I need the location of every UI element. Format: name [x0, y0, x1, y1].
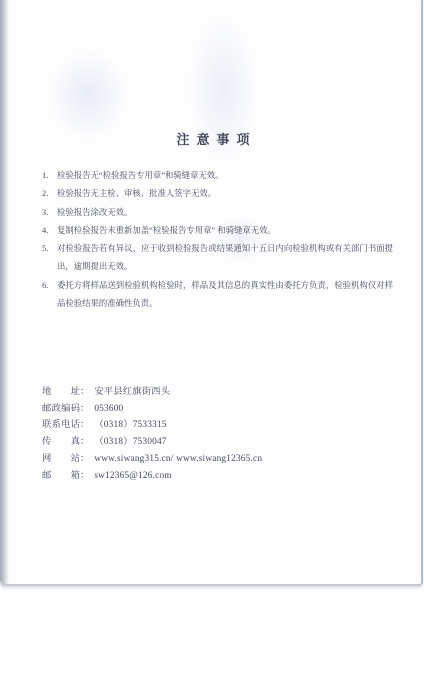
notice-item-text: 检验报告无“检验报告专用章”和骑缝章无效。	[57, 167, 393, 185]
contact-value-website: www.siwang315.cn/ www.siwang12365.cn	[94, 451, 262, 468]
notice-item: 4. 复制检验报告未重新加盖“检验报告专用章” 和骑缝章无效。	[42, 222, 393, 240]
scan-smudge	[48, 50, 128, 140]
contact-colon: ：	[80, 451, 89, 468]
contact-colon: ：	[80, 468, 89, 485]
contact-label: 传真	[42, 434, 80, 451]
contact-label: 联系电话	[42, 417, 80, 434]
page-title: 注意事项	[0, 129, 421, 148]
notice-list: 1. 检验报告无“检验报告专用章”和骑缝章无效。 2. 检验报告无主检、审核、批…	[42, 167, 393, 313]
contact-row-fax: 传真：（0318）7530047	[42, 434, 262, 451]
contact-colon: ：	[80, 384, 89, 401]
contact-value-address: 安平县红旗街西头	[94, 384, 170, 401]
notice-item-text: 复制检验报告未重新加盖“检验报告专用章” 和骑缝章无效。	[57, 222, 393, 240]
notice-item: 6. 委托方将样品送到检验机构检验时，样品及其信息的真实性由委托方负责，检验机构…	[42, 277, 393, 314]
contact-label: 邮箱	[42, 468, 80, 485]
contact-value-postcode: 053600	[94, 401, 123, 418]
notice-item-number: 5.	[42, 240, 57, 277]
contact-row-email: 邮箱：sw12365@126.com	[42, 468, 262, 485]
notice-item-number: 4.	[42, 222, 57, 240]
contact-block: 地址：安平县红旗街西头 邮政编码：053600 联系电话：（0318）75333…	[42, 384, 262, 484]
notice-item: 3. 检验报告涂改无效。	[42, 204, 393, 222]
contact-value-fax: （0318）7530047	[94, 434, 166, 451]
notice-item-number: 6.	[42, 277, 57, 314]
page-left-scan-shadow	[0, 0, 9, 584]
contact-value-email: sw12365@126.com	[94, 468, 171, 485]
notice-item: 5. 对检验报告若有异议，应于收到检验报告或结果通知十五日内向检验机构或有关部门…	[42, 240, 393, 277]
notice-item-text: 委托方将样品送到检验机构检验时，样品及其信息的真实性由委托方负责，检验机构仅对样…	[57, 277, 393, 314]
notice-item-number: 2.	[42, 185, 57, 203]
contact-colon: ：	[80, 401, 89, 418]
notice-item-text: 对检验报告若有异议，应于收到检验报告或结果通知十五日内向检验机构或有关部门书面提…	[57, 240, 393, 277]
contact-row-phone: 联系电话：（0318）7533315	[42, 417, 262, 434]
contact-colon: ：	[80, 417, 89, 434]
contact-label: 邮政编码	[42, 401, 80, 418]
contact-row-address: 地址：安平县红旗街西头	[42, 384, 262, 401]
contact-value-phone: （0318）7533315	[94, 417, 166, 434]
scanned-notice-page: 注意事项 1. 检验报告无“检验报告专用章”和骑缝章无效。 2. 检验报告无主检…	[0, 0, 423, 586]
contact-row-postcode: 邮政编码：053600	[42, 401, 262, 418]
notice-item-text: 检验报告涂改无效。	[57, 204, 393, 222]
contact-label: 网站	[42, 451, 80, 468]
notice-item: 1. 检验报告无“检验报告专用章”和骑缝章无效。	[42, 167, 393, 185]
contact-colon: ：	[80, 434, 89, 451]
contact-row-website: 网站：www.siwang315.cn/ www.siwang12365.cn	[42, 451, 262, 468]
notice-item-text: 检验报告无主检、审核、批准人签字无效。	[57, 185, 393, 203]
contact-label: 地址	[42, 384, 80, 401]
notice-item: 2. 检验报告无主检、审核、批准人签字无效。	[42, 185, 393, 203]
notice-item-number: 3.	[42, 204, 57, 222]
notice-item-number: 1.	[42, 167, 57, 185]
